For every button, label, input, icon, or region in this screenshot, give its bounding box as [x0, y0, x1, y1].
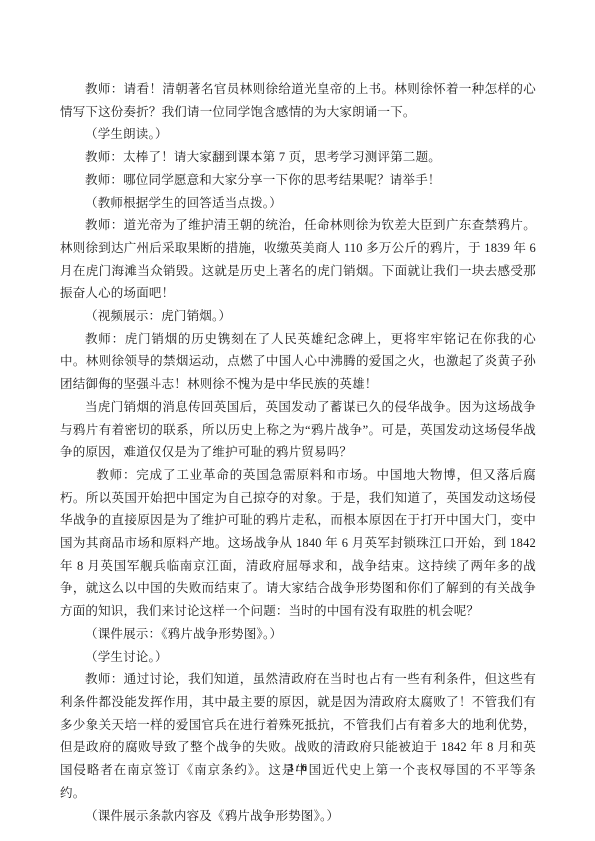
paragraph: 教师：完成了工业革命的英国急需原料和市场。中国地大物博，但又落后腐朽。所以英国开… — [60, 464, 536, 623]
paragraph: 当虎门销烟的消息传回英国后，英国发动了蓄谋已久的侵华战争。因为这场战争与鸦片有着… — [60, 396, 536, 464]
paragraph: （教师根据学生的回答适当点拨。） — [60, 192, 536, 215]
paragraph: 教师：虎门销烟的历史镌刻在了人民英雄纪念碑上，更将牢牢铭记在你我的心中。林则徐领… — [60, 328, 536, 396]
paragraph: （视频展示：虎门销烟。） — [60, 305, 536, 328]
document-body: 教师：请看！清朝著名官员林则徐给道光皇帝的上书。林则徐怀着一种怎样的心情写下这份… — [60, 78, 536, 827]
paragraph: （课件展示条款内容及《鸦片战争形势图》。） — [60, 805, 536, 828]
paragraph: 教师：请看！清朝著名官员林则徐给道光皇帝的上书。林则徐怀着一种怎样的心情写下这份… — [60, 78, 536, 123]
paragraph: 教师：太棒了！请大家翻到课本第 7 页，思考学习测评第二题。 — [60, 146, 536, 169]
paragraph: （学生讨论。） — [60, 646, 536, 669]
document-page: 教师：请看！清朝著名官员林则徐给道光皇帝的上书。林则徐怀着一种怎样的心情写下这份… — [0, 0, 595, 841]
paragraph: （学生朗读。） — [60, 123, 536, 146]
page-footer: 3 / 6 — [0, 763, 595, 774]
paragraph: 教师：哪位同学愿意和大家分享一下你的思考结果呢？请举手！ — [60, 169, 536, 192]
paragraph: 教师：道光帝为了维护清王朝的统治，任命林则徐为钦差大臣到广东查禁鸦片。林则徐到达… — [60, 214, 536, 305]
page-number: 3 / 6 — [288, 763, 307, 774]
paragraph: 教师：通过讨论，我们知道，虽然清政府在当时也占有一些有利条件，但这些有利条件都没… — [60, 668, 536, 804]
paragraph: （课件展示：《鸦片战争形势图》。） — [60, 623, 536, 646]
